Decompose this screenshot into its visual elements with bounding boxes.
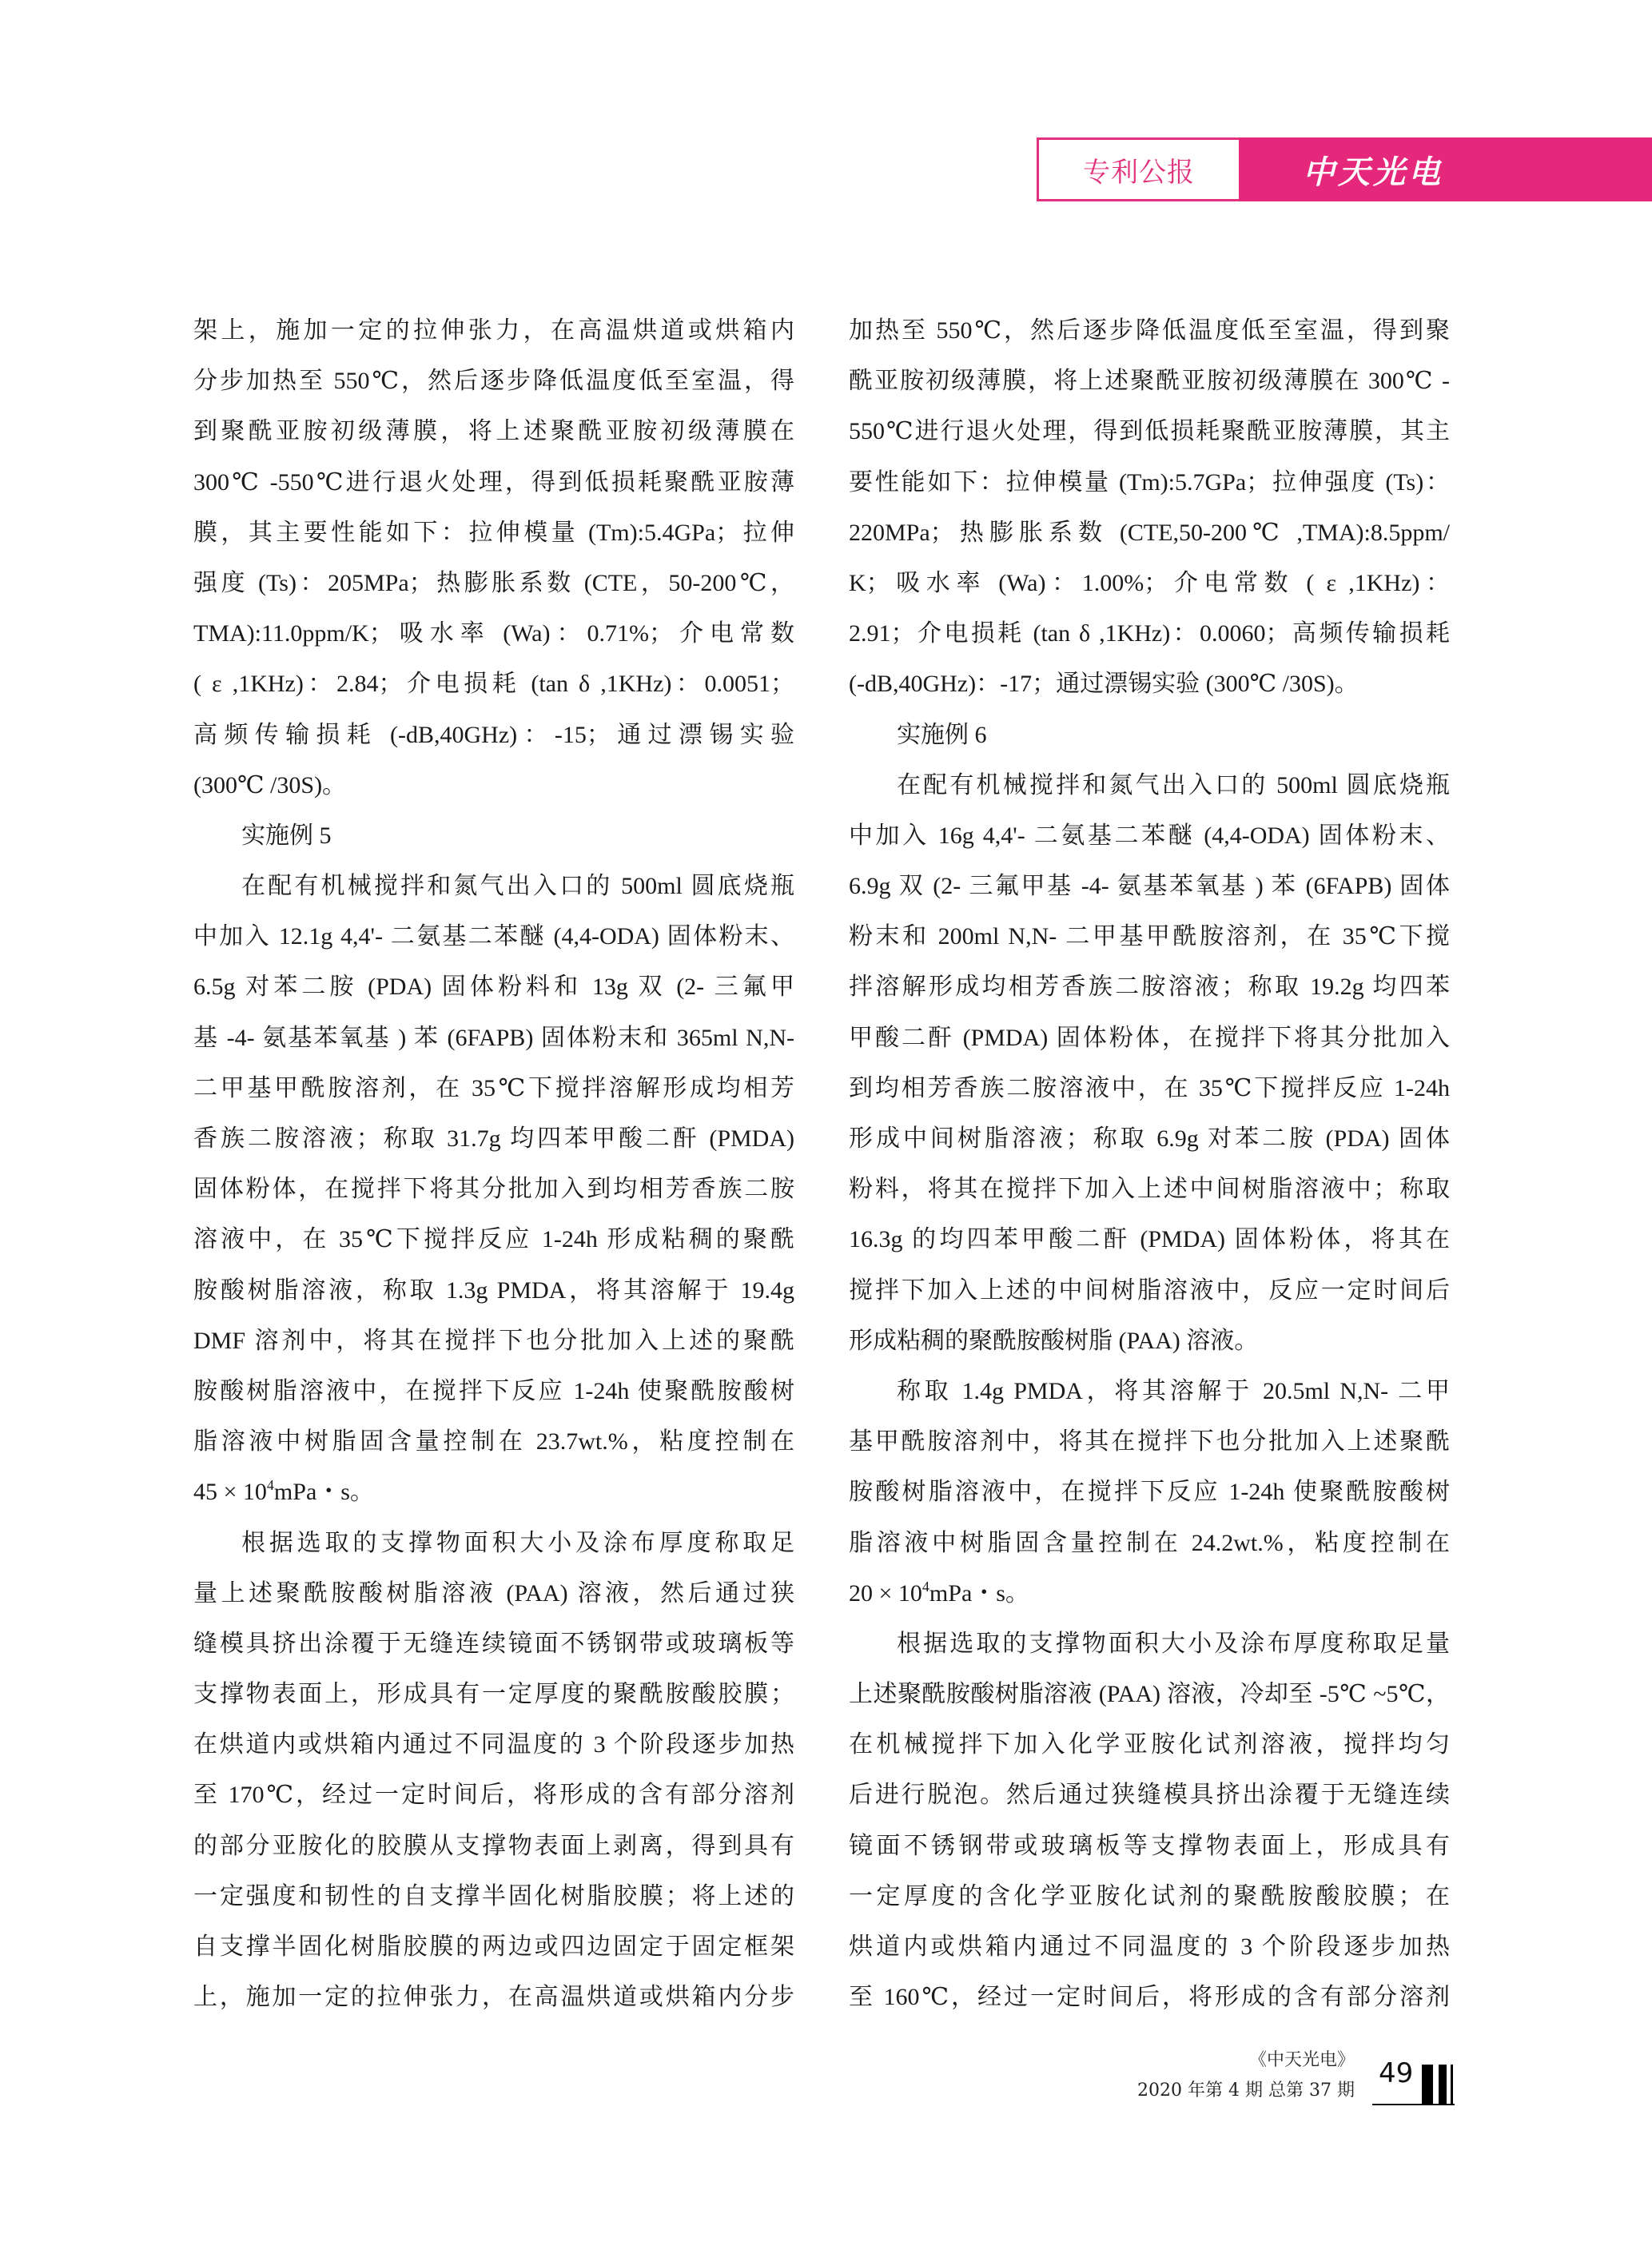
text-line: 6.5g 对苯二胺 (PDA) 固体粉料和 13g 双 (2- 三氟甲 bbox=[193, 962, 794, 1012]
viscosity-unit: mPa・s。 bbox=[274, 1479, 374, 1505]
text-line: 基甲酰胺溶剂中，将其在搅拌下也分批加入上述聚酰 bbox=[849, 1416, 1450, 1467]
text-line: 300℃ -550℃进行退火处理，得到低损耗聚酰亚胺薄 bbox=[193, 457, 794, 508]
text-line: 高频传输损耗 (-dB,40GHz)：-15；通过漂锡实验 bbox=[193, 710, 794, 760]
text-line: 胺酸树脂溶液，称取 1.3g PMDA，将其溶解于 19.4g bbox=[193, 1265, 794, 1316]
text-line: 在机械搅拌下加入化学亚胺化试剂溶液，搅拌均匀 bbox=[849, 1719, 1450, 1770]
text-line: 粉料，将其在搅拌下加入上述中间树脂溶液中；称取 bbox=[849, 1164, 1450, 1214]
text-line: 在配有机械搅拌和氮气出入口的 500ml 圆底烧瓶 bbox=[849, 760, 1450, 810]
text-line: 甲酸二酐 (PMDA) 固体粉体，在搅拌下将其分批加入 bbox=[849, 1013, 1450, 1063]
example-6-heading: 实施例 6 bbox=[849, 710, 1450, 760]
text-line: 16.3g 的均四苯甲酸二酐 (PMDA) 固体粉体，将其在 bbox=[849, 1214, 1450, 1264]
issue-info: 2020 年第 4 期 总第 37 期 bbox=[1137, 2077, 1355, 2101]
text-line: 要性能如下：拉伸模量 (Tm):5.7GPa；拉伸强度 (Ts)： bbox=[849, 457, 1450, 508]
page-number: 49 bbox=[1379, 2057, 1413, 2089]
text-line: 到聚酰亚胺初级薄膜，将上述聚酰亚胺初级薄膜在 bbox=[193, 406, 794, 456]
text-line: 脂溶液中树脂固含量控制在 23.7wt.%，粘度控制在 bbox=[193, 1416, 794, 1467]
text-line: 2.91；介电损耗 (tan δ ,1KHz)：0.0060；高频传输损耗 bbox=[849, 608, 1450, 659]
text-line: DMF 溶剂中，将其在搅拌下也分批加入上述的聚酰 bbox=[193, 1316, 794, 1366]
viscosity-base: 45 × 10 bbox=[193, 1479, 267, 1505]
text-line: 胺酸树脂溶液中，在搅拌下反应 1-24h 使聚酰胺酸树 bbox=[849, 1467, 1450, 1517]
magazine-logo: 中天光电 bbox=[1303, 147, 1443, 193]
text-line: 至 160℃，经过一定时间后，将形成的含有部分溶剂 bbox=[849, 1972, 1450, 2022]
text-line: 根据选取的支撑物面积大小及涂布厚度称取足量 bbox=[849, 1619, 1450, 1669]
viscosity-base: 20 × 10 bbox=[849, 1580, 922, 1607]
text-line: 镜面不锈钢带或玻璃板等支撑物表面上，形成具有 bbox=[849, 1821, 1450, 1871]
text-line: 粉末和 200ml N,N- 二甲基甲酰胺溶剂，在 35℃下搅 bbox=[849, 911, 1450, 962]
text-line: 形成粘稠的聚酰胺酸树脂 (PAA) 溶液。 bbox=[849, 1316, 1450, 1366]
text-line: 至 170℃，经过一定时间后，将形成的含有部分溶剂 bbox=[193, 1770, 794, 1820]
magazine-banner: 中天光电 bbox=[1239, 137, 1652, 201]
section-label: 专利公报 bbox=[1083, 150, 1195, 189]
text-line: 一定强度和韧性的自支撑半固化树脂胶膜；将上述的 bbox=[193, 1871, 794, 1921]
text-line: 强度 (Ts)：205MPa；热膨胀系数 (CTE，50-200℃， bbox=[193, 558, 794, 608]
text-line: 根据选取的支撑物面积大小及涂布厚度称取足 bbox=[193, 1518, 794, 1568]
text-line: (-dB,40GHz)：-17；通过漂锡实验 (300℃ /30S)。 bbox=[849, 659, 1450, 709]
text-line: 上述聚酰胺酸树脂溶液 (PAA) 溶液，冷却至 -5℃ ~5℃， bbox=[849, 1669, 1450, 1719]
text-line: ( ε ,1KHz)：2.84；介电损耗 (tan δ ,1KHz)：0.005… bbox=[193, 659, 794, 709]
text-line: 拌溶解形成均相芳香族二胺溶液；称取 19.2g 均四苯 bbox=[849, 962, 1450, 1012]
text-line: 膜，其主要性能如下：拉伸模量 (Tm):5.4GPa；拉伸 bbox=[193, 508, 794, 558]
text-line: 自支撑半固化树脂胶膜的两边或四边固定于固定框架 bbox=[193, 1921, 794, 1972]
text-line: 分步加热至 550℃，然后逐步降低温度低至室温，得 bbox=[193, 356, 794, 406]
text-line: 胺酸树脂溶液中，在搅拌下反应 1-24h 使聚酰胺酸树 bbox=[193, 1366, 794, 1416]
text-line: 架上，施加一定的拉伸张力，在高温烘道或烘箱内 bbox=[193, 305, 794, 356]
text-line: 酰亚胺初级薄膜，将上述聚酰亚胺初级薄膜在 300℃ - bbox=[849, 356, 1450, 406]
text-line: 加热至 550℃，然后逐步降低温度低至室温，得到聚 bbox=[849, 305, 1450, 356]
text-line: 上，施加一定的拉伸张力，在高温烘道或烘箱内分步 bbox=[193, 1972, 794, 2022]
text-line: 中加入 16g 4,4'- 二氨基二苯醚 (4,4-ODA) 固体粉末、 bbox=[849, 810, 1450, 861]
text-line: TMA):11.0ppm/K；吸水率 (Wa)：0.71%；介电常数 bbox=[193, 608, 794, 659]
text-line: 的部分亚胺化的胶膜从支撑物表面上剥离，得到具有 bbox=[193, 1821, 794, 1871]
text-line: 量上述聚酰胺酸树脂溶液 (PAA) 溶液，然后通过狭 bbox=[193, 1568, 794, 1619]
text-line: 形成中间树脂溶液；称取 6.9g 对苯二胺 (PDA) 固体 bbox=[849, 1113, 1450, 1164]
text-line: 550℃进行退火处理，得到低损耗聚酰亚胺薄膜，其主 bbox=[849, 406, 1450, 456]
text-line: (300℃ /30S)。 bbox=[193, 760, 794, 810]
viscosity-exponent: 4 bbox=[922, 1579, 929, 1595]
text-line: 溶液中，在 35℃下搅拌反应 1-24h 形成粘稠的聚酰 bbox=[193, 1214, 794, 1264]
text-line: 支撑物表面上，形成具有一定厚度的聚酰胺酸胶膜； bbox=[193, 1669, 794, 1719]
viscosity-unit: mPa・s。 bbox=[929, 1580, 1029, 1607]
text-line: 在烘道内或烘箱内通过不同温度的 3 个阶段逐步加热 bbox=[193, 1719, 794, 1770]
text-line: 基 -4- 氨基苯氧基 ) 苯 (6FAPB) 固体粉末和 365ml N,N- bbox=[193, 1013, 794, 1063]
text-line: 脂溶液中树脂固含量控制在 24.2wt.%，粘度控制在 bbox=[849, 1518, 1450, 1568]
right-column: 加热至 550℃，然后逐步降低温度低至室温，得到聚 酰亚胺初级薄膜，将上述聚酰亚… bbox=[849, 305, 1450, 2022]
viscosity-line: 20 × 104mPa・s。 bbox=[849, 1568, 1450, 1619]
decorative-bar-icon bbox=[1422, 2065, 1433, 2105]
example-5-heading: 实施例 5 bbox=[193, 810, 794, 861]
text-line: 6.9g 双 (2- 三氟甲基 -4- 氨基苯氧基 ) 苯 (6FAPB) 固体 bbox=[849, 861, 1450, 911]
text-line: 香族二胺溶液；称取 31.7g 均四苯甲酸二酐 (PMDA) bbox=[193, 1113, 794, 1164]
text-line: 固体粉体，在搅拌下将其分批加入到均相芳香族二胺 bbox=[193, 1164, 794, 1214]
section-label-box: 专利公报 bbox=[1037, 137, 1241, 201]
text-line: 烘道内或烘箱内通过不同温度的 3 个阶段逐步加热 bbox=[849, 1921, 1450, 1972]
text-line: 二甲基甲酰胺溶剂，在 35℃下搅拌溶解形成均相芳 bbox=[193, 1063, 794, 1113]
text-line: 后进行脱泡。然后通过狭缝模具挤出涂覆于无缝连续 bbox=[849, 1770, 1450, 1820]
text-line: 中加入 12.1g 4,4'- 二氨基二苯醚 (4,4-ODA) 固体粉末、 bbox=[193, 911, 794, 962]
decorative-bar-icon bbox=[1439, 2065, 1447, 2105]
text-line: 到均相芳香族二胺溶液中，在 35℃下搅拌反应 1-24h bbox=[849, 1063, 1450, 1113]
decorative-bar-icon bbox=[1451, 2065, 1453, 2105]
viscosity-exponent: 4 bbox=[267, 1477, 274, 1493]
text-line: 220MPa；热膨胀系数 (CTE,50-200℃ ,TMA):8.5ppm/ bbox=[849, 508, 1450, 558]
text-line: 搅拌下加入上述的中间树脂溶液中，反应一定时间后 bbox=[849, 1265, 1450, 1316]
text-line: K；吸水率 (Wa)：1.00%；介电常数 ( ε ,1KHz)： bbox=[849, 558, 1450, 608]
journal-name: 《中天光电》 bbox=[1249, 2046, 1355, 2071]
text-line: 在配有机械搅拌和氮气出入口的 500ml 圆底烧瓶 bbox=[193, 861, 794, 911]
page-footer: 《中天光电》 2020 年第 4 期 总第 37 期 49 bbox=[1103, 2046, 1471, 2118]
text-line: 称取 1.4g PMDA，将其溶解于 20.5ml N,N- 二甲 bbox=[849, 1366, 1450, 1416]
text-line: 一定厚度的含化学亚胺化试剂的聚酰胺酸胶膜；在 bbox=[849, 1871, 1450, 1921]
text-line: 缝模具挤出涂覆于无缝连续镜面不锈钢带或玻璃板等 bbox=[193, 1619, 794, 1669]
viscosity-line: 45 × 104mPa・s。 bbox=[193, 1467, 794, 1517]
left-column: 架上，施加一定的拉伸张力，在高温烘道或烘箱内 分步加热至 550℃，然后逐步降低… bbox=[193, 305, 794, 2022]
